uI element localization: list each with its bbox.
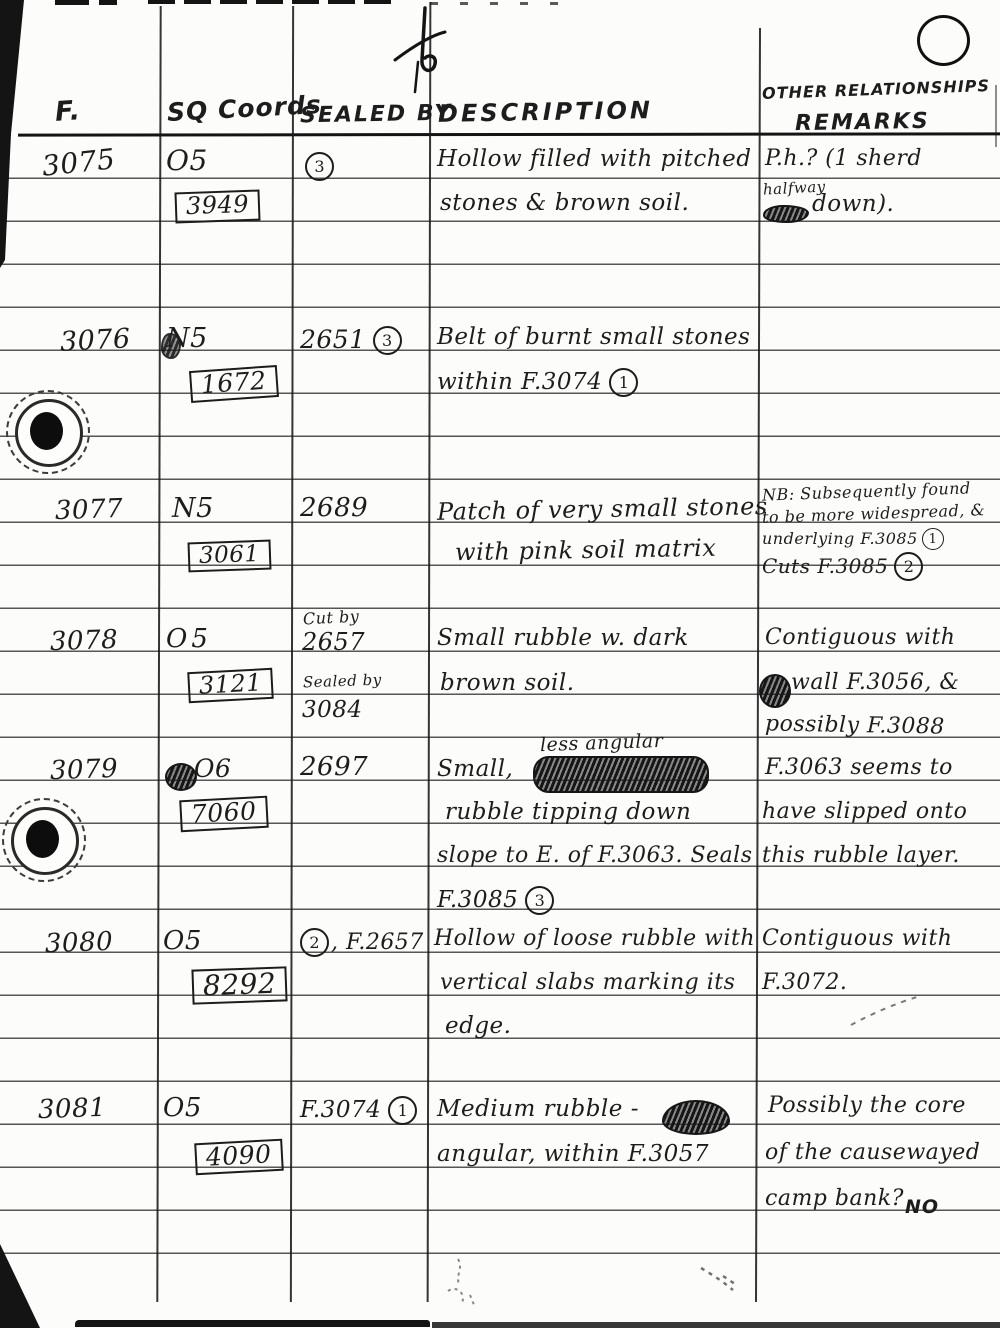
col-header-description: DESCRIPTION [438, 96, 653, 128]
col-header-f: F. [54, 95, 83, 128]
sealed-by-note: Sealed by [303, 673, 382, 691]
description-line: angular, within F.3057 [437, 1142, 709, 1166]
finds-box-number: 3061 [187, 540, 271, 573]
finds-box-number: 8292 [191, 966, 287, 1005]
sealed-by-note: Cut by [303, 609, 360, 629]
description-circled-number: 1 [609, 368, 638, 397]
description-line: F.3085 [437, 888, 518, 912]
col-header-remarks: REMARKS [795, 109, 930, 136]
description-line: rubble tipping down [445, 800, 691, 824]
sealed-by-number: , F.2657 [331, 931, 424, 954]
remarks-line: F.3072. [762, 971, 847, 994]
remarks-line: this rubble layer. [762, 844, 960, 867]
description-line: vertical slabs marking its [440, 971, 735, 994]
feature-number: 3075 [41, 144, 117, 181]
feature-number: 3079 [50, 756, 119, 786]
remarks-line: F.3063 seems to [765, 756, 953, 779]
description-line: Hollow filled with pitched [437, 147, 751, 171]
remarks-annotation-no: NO [905, 1196, 939, 1218]
inserted-words: less angular [540, 732, 664, 756]
description-line: Hollow of loose rubble with [434, 927, 755, 950]
remarks-circled-number: 1 [922, 528, 944, 550]
scanned-register-page: F. SQ Coords SEALED BY DESCRIPTION OTHER… [0, 0, 1000, 1328]
scribbled-out-word [759, 674, 791, 708]
finds-box-number: 3949 [174, 190, 260, 224]
description-line: brown soil. [440, 671, 575, 695]
col-header-relationships: OTHER RELATIONSHIPS [762, 76, 991, 103]
description-line: stones & brown soil. [440, 191, 689, 215]
hole-punch-core-bottom [26, 820, 59, 858]
description-line: slope to E. of F.3063. Seals [437, 844, 753, 867]
finds-box-number: 4090 [194, 1139, 283, 1176]
scan-top-dash-2 [148, 0, 393, 4]
ruled-lines [0, 136, 1000, 1256]
feature-number: 3076 [59, 325, 131, 357]
pen-flick-mark [845, 995, 925, 1030]
feature-number: 3077 [55, 496, 124, 526]
finds-box-number: 7060 [179, 796, 268, 833]
description-line: within F.3074 [437, 370, 602, 394]
remarks-line: P.h.? (1 sherd [765, 147, 922, 170]
sealed-by-number: 2689 [300, 495, 368, 522]
scribbled-out-word [662, 1100, 730, 1135]
feature-number: 3081 [38, 1095, 107, 1125]
feature-number: 3078 [50, 627, 119, 657]
description-line: edge. [445, 1014, 511, 1038]
hole-punch-core-top [30, 412, 63, 450]
description-line: Patch of very small stones [437, 494, 768, 525]
remarks-line: Contiguous with [762, 927, 952, 950]
square-ref: O5 [166, 146, 208, 175]
remarks-line: down). [812, 192, 894, 216]
description-circled-number: 3 [525, 886, 554, 915]
sealed-by-circled-number: 3 [373, 326, 402, 355]
description-line: with pink soil matrix [455, 536, 717, 566]
col-header-sealed-by: SEALED BY [300, 101, 453, 129]
pen-doodle [385, 2, 457, 94]
smudge-mark-2 [695, 1262, 745, 1302]
scan-bottom-band-1 [75, 1320, 430, 1327]
scribbled-out-square-ref [165, 763, 197, 791]
description-line: Medium rubble - [437, 1097, 639, 1121]
remarks-line: possibly F.3088 [765, 712, 945, 738]
remarks-line: have slipped onto [762, 800, 967, 823]
feature-number: 3080 [45, 929, 114, 959]
scan-top-dash-1 [55, 0, 117, 5]
square-ref: O6 [194, 756, 231, 782]
sealed-by-number: 2651 [300, 327, 366, 353]
remarks-line: camp bank? [765, 1187, 904, 1210]
scribbled-out-words [533, 756, 709, 793]
right-edge-line [995, 85, 997, 147]
sealed-by-number: 2657 [302, 630, 365, 655]
sealed-by-circled-number: 1 [388, 1096, 417, 1125]
drawn-circle-mark [917, 15, 970, 66]
square-ref: O5 [166, 626, 212, 653]
remarks-line: Cuts F.3085 [762, 556, 888, 577]
square-ref: O5 [163, 928, 202, 955]
square-ref: N5 [166, 325, 208, 353]
description-line: Small rubble w. dark [437, 626, 689, 650]
finds-box-number: 1672 [189, 365, 279, 403]
sealed-by-circled-number: 3 [305, 152, 334, 181]
remarks-line: Contiguous with [765, 626, 955, 649]
sealed-by-number: 3084 [302, 698, 363, 722]
square-ref: N5 [172, 495, 214, 523]
description-line: Small, [437, 757, 513, 781]
smudge-mark-1 [440, 1255, 500, 1310]
remarks-line: Possibly the core [768, 1094, 966, 1117]
sealed-by-circled-number: 2 [300, 928, 329, 957]
description-line: Belt of burnt small stones [437, 325, 750, 349]
scan-corner-shadow [0, 1244, 40, 1328]
sealed-by-number: 2697 [300, 754, 368, 781]
remarks-line: wall F.3056, & [791, 671, 959, 694]
sealed-by-number: F.3074 [300, 1098, 381, 1122]
scan-bottom-band-2 [432, 1322, 1000, 1328]
square-ref: O5 [163, 1095, 202, 1122]
remarks-line: of the causewayed [765, 1141, 980, 1164]
remarks-line: underlying F.3085 [762, 531, 918, 548]
scribbled-out-word [763, 205, 809, 223]
finds-box-number: 3121 [187, 668, 274, 704]
remarks-circled-number: 2 [894, 552, 923, 581]
